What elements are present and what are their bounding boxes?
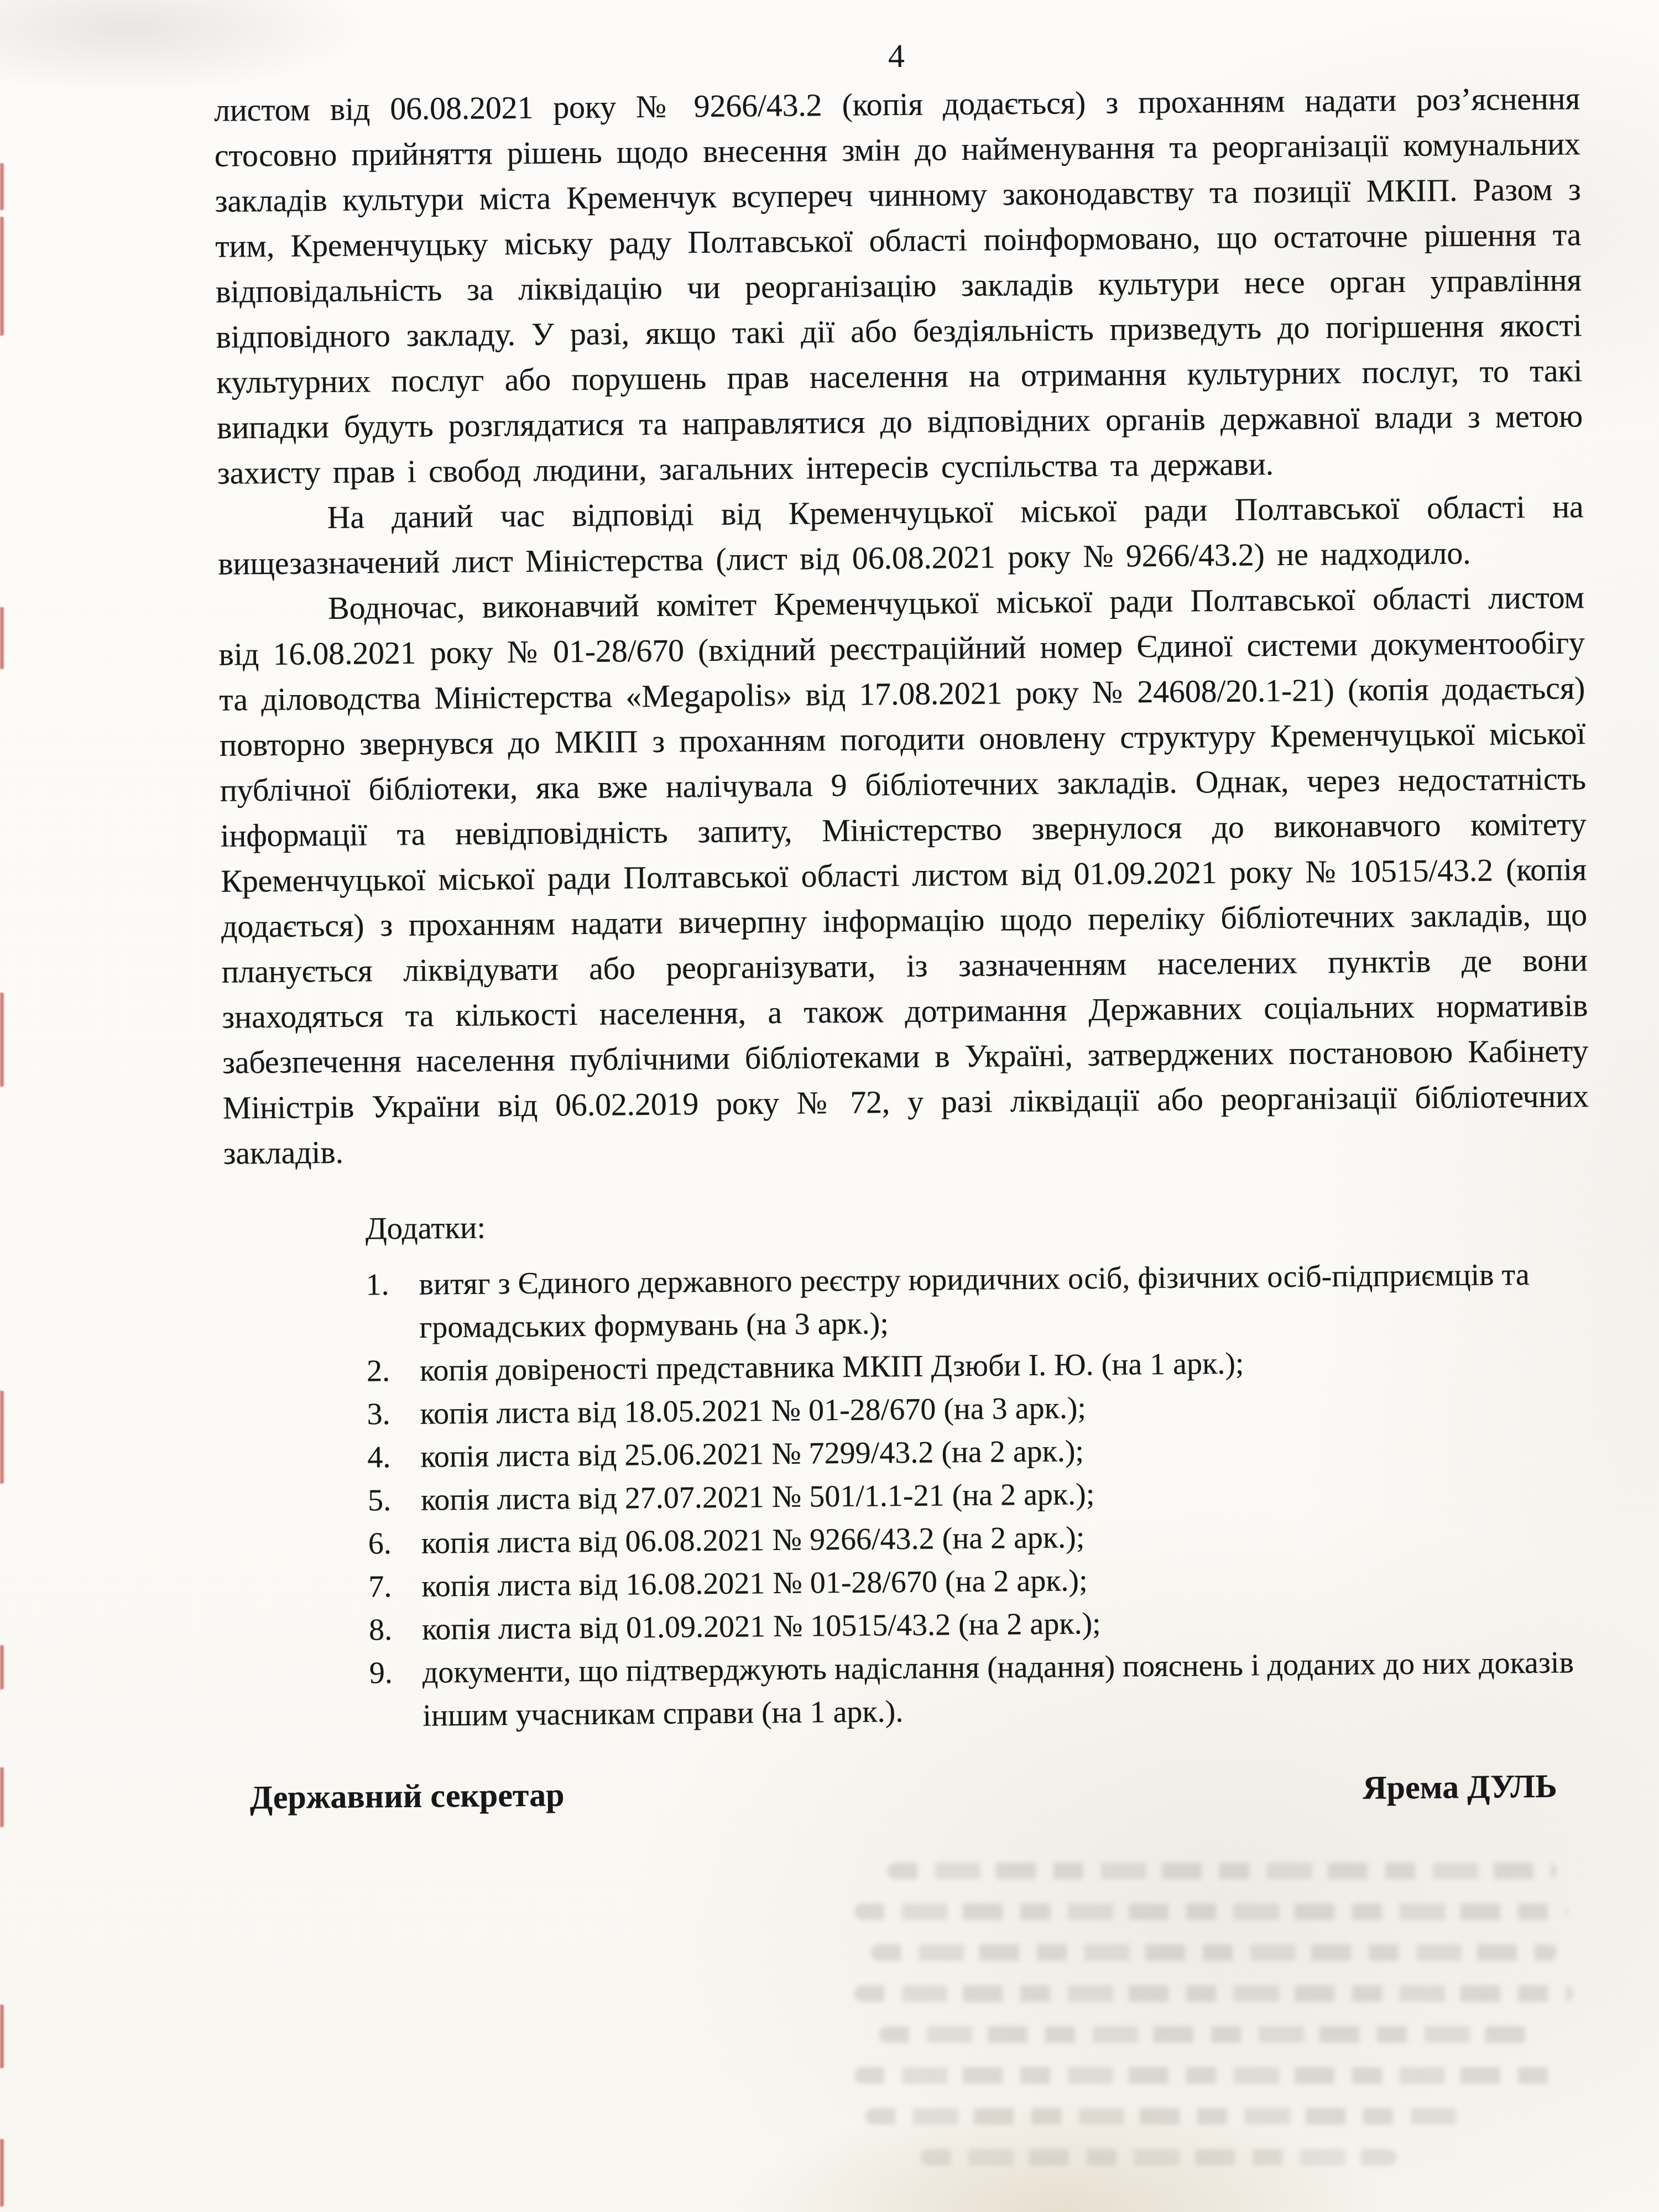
bleed-line [871,1944,1557,1961]
page-content: 4 листом від 06.08.2021 року № 9266/43.2… [213,27,1595,1820]
edge-artifact [0,217,4,336]
appendix-list: витяг з Єдиного державного реєстру юриди… [366,1253,1594,1738]
appendix-item: документи, що підтверджують надіслання (… [369,1641,1594,1738]
bleed-line [865,2108,1463,2125]
bleed-line [854,1903,1568,1920]
appendix-item: витяг з Єдиного державного реєстру юриди… [366,1253,1590,1349]
edge-artifact [0,1645,4,1689]
edge-artifact [0,163,4,210]
page-number: 4 [213,27,1580,85]
edge-artifact [0,2139,4,2206]
bleed-line [854,1985,1573,2002]
signature-title: Державний секретар [249,1771,564,1820]
appendix-heading: Додатки: [365,1196,1590,1251]
signature-block: Державний секретар Ярема ДУЛЬ [228,1762,1595,1821]
edge-artifact [0,1391,4,1484]
edge-artifact [0,607,4,669]
appendix-section: Додатки: витяг з Єдиного державного реєс… [223,1196,1594,1739]
edge-artifact [0,2005,4,2068]
paragraph-repeat-request: Водночас, виконавчий комітет Кременчуцьк… [218,575,1589,1176]
bleed-line [854,2067,1562,2084]
bleed-line [888,1863,1557,1879]
bleed-line [879,2026,1532,2043]
signature-name: Ярема ДУЛЬ [1363,1763,1557,1811]
reverse-side-bleed-through [854,1863,1598,2190]
bleed-line [921,2149,1396,2166]
edge-artifact [0,993,4,1087]
paragraph-continuation: листом від 06.08.2021 року № 9266/43.2 (… [214,76,1583,496]
document-page: 4 листом від 06.08.2021 року № 9266/43.2… [0,0,1659,2212]
edge-artifact [0,1767,4,1827]
paragraph-no-reply: На даний час відповіді від Кременчуцької… [217,484,1584,587]
body-text: листом від 06.08.2021 року № 9266/43.2 (… [214,76,1589,1176]
